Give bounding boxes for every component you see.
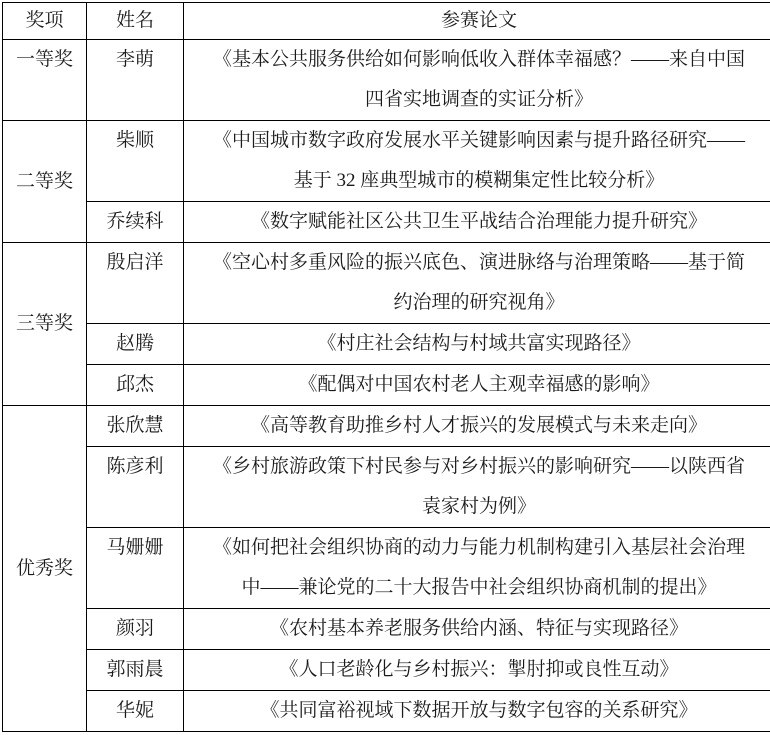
award-cell-third-prize: 三等奖 bbox=[3, 243, 87, 406]
col-header-name: 姓名 bbox=[87, 3, 184, 40]
table-row: 颜羽 《农村基本养老服务供给内涵、特征与实现路径》 bbox=[3, 609, 770, 650]
name-cell: 郭雨晨 bbox=[87, 650, 184, 691]
name-cell: 马姗姗 bbox=[87, 528, 184, 609]
paper-cell: 《村庄社会结构与村域共富实现路径》 bbox=[184, 324, 770, 365]
paper-cell: 《配偶对中国农村老人主观幸福感的影响》 bbox=[184, 365, 770, 406]
name-cell: 陈彦利 bbox=[87, 447, 184, 528]
paper-cell: 《人口老龄化与乡村振兴：掣肘抑或良性互动》 bbox=[184, 650, 770, 691]
name-cell: 邱杰 bbox=[87, 365, 184, 406]
award-results-table: 奖项 姓名 参赛论文 一等奖 李萌 《基本公共服务供给如何影响低收入群体幸福感？… bbox=[2, 2, 770, 732]
name-cell: 颜羽 bbox=[87, 609, 184, 650]
table-row: 二等奖 柴顺 《中国城市数字政府发展水平关键影响因素与提升路径研究——基于 32… bbox=[3, 121, 770, 202]
paper-cell: 《中国城市数字政府发展水平关键影响因素与提升路径研究——基于 32 座典型城市的… bbox=[184, 121, 770, 202]
name-cell: 赵腾 bbox=[87, 324, 184, 365]
table-row: 马姗姗 《如何把社会组织协商的动力与能力机制构建引入基层社会治理中——兼论党的二… bbox=[3, 528, 770, 609]
award-cell-second-prize: 二等奖 bbox=[3, 121, 87, 243]
paper-cell: 《空心村多重风险的振兴底色、演进脉络与治理策略——基于简约治理的研究视角》 bbox=[184, 243, 770, 324]
paper-cell: 《如何把社会组织协商的动力与能力机制构建引入基层社会治理中——兼论党的二十大报告… bbox=[184, 528, 770, 609]
col-header-paper: 参赛论文 bbox=[184, 3, 770, 40]
name-cell: 殷启洋 bbox=[87, 243, 184, 324]
table-row: 郭雨晨 《人口老龄化与乡村振兴：掣肘抑或良性互动》 bbox=[3, 650, 770, 691]
table-row: 一等奖 李萌 《基本公共服务供给如何影响低收入群体幸福感？——来自中国四省实地调… bbox=[3, 40, 770, 121]
header-row: 奖项 姓名 参赛论文 bbox=[3, 3, 770, 40]
name-cell: 柴顺 bbox=[87, 121, 184, 202]
name-cell: 乔续科 bbox=[87, 202, 184, 243]
paper-cell: 《农村基本养老服务供给内涵、特征与实现路径》 bbox=[184, 609, 770, 650]
award-cell-excellence-prize: 优秀奖 bbox=[3, 406, 87, 732]
name-cell: 张欣慧 bbox=[87, 406, 184, 447]
col-header-award: 奖项 bbox=[3, 3, 87, 40]
table-row: 华妮 《共同富裕视域下数据开放与数字包容的关系研究》 bbox=[3, 691, 770, 732]
award-cell-first-prize: 一等奖 bbox=[3, 40, 87, 121]
table-row: 陈彦利 《乡村旅游政策下村民参与对乡村振兴的影响研究——以陕西省袁家村为例》 bbox=[3, 447, 770, 528]
name-cell: 华妮 bbox=[87, 691, 184, 732]
paper-cell: 《高等教育助推乡村人才振兴的发展模式与未来走向》 bbox=[184, 406, 770, 447]
paper-cell: 《乡村旅游政策下村民参与对乡村振兴的影响研究——以陕西省袁家村为例》 bbox=[184, 447, 770, 528]
paper-cell: 《基本公共服务供给如何影响低收入群体幸福感？——来自中国四省实地调查的实证分析》 bbox=[184, 40, 770, 121]
table-row: 邱杰 《配偶对中国农村老人主观幸福感的影响》 bbox=[3, 365, 770, 406]
paper-cell: 《共同富裕视域下数据开放与数字包容的关系研究》 bbox=[184, 691, 770, 732]
name-cell: 李萌 bbox=[87, 40, 184, 121]
paper-cell: 《数字赋能社区公共卫生平战结合治理能力提升研究》 bbox=[184, 202, 770, 243]
table-row: 三等奖 殷启洋 《空心村多重风险的振兴底色、演进脉络与治理策略——基于简约治理的… bbox=[3, 243, 770, 324]
table-row: 乔续科 《数字赋能社区公共卫生平战结合治理能力提升研究》 bbox=[3, 202, 770, 243]
table-row: 赵腾 《村庄社会结构与村域共富实现路径》 bbox=[3, 324, 770, 365]
document-page: 奖项 姓名 参赛论文 一等奖 李萌 《基本公共服务供给如何影响低收入群体幸福感？… bbox=[0, 0, 770, 732]
table-row: 优秀奖 张欣慧 《高等教育助推乡村人才振兴的发展模式与未来走向》 bbox=[3, 406, 770, 447]
